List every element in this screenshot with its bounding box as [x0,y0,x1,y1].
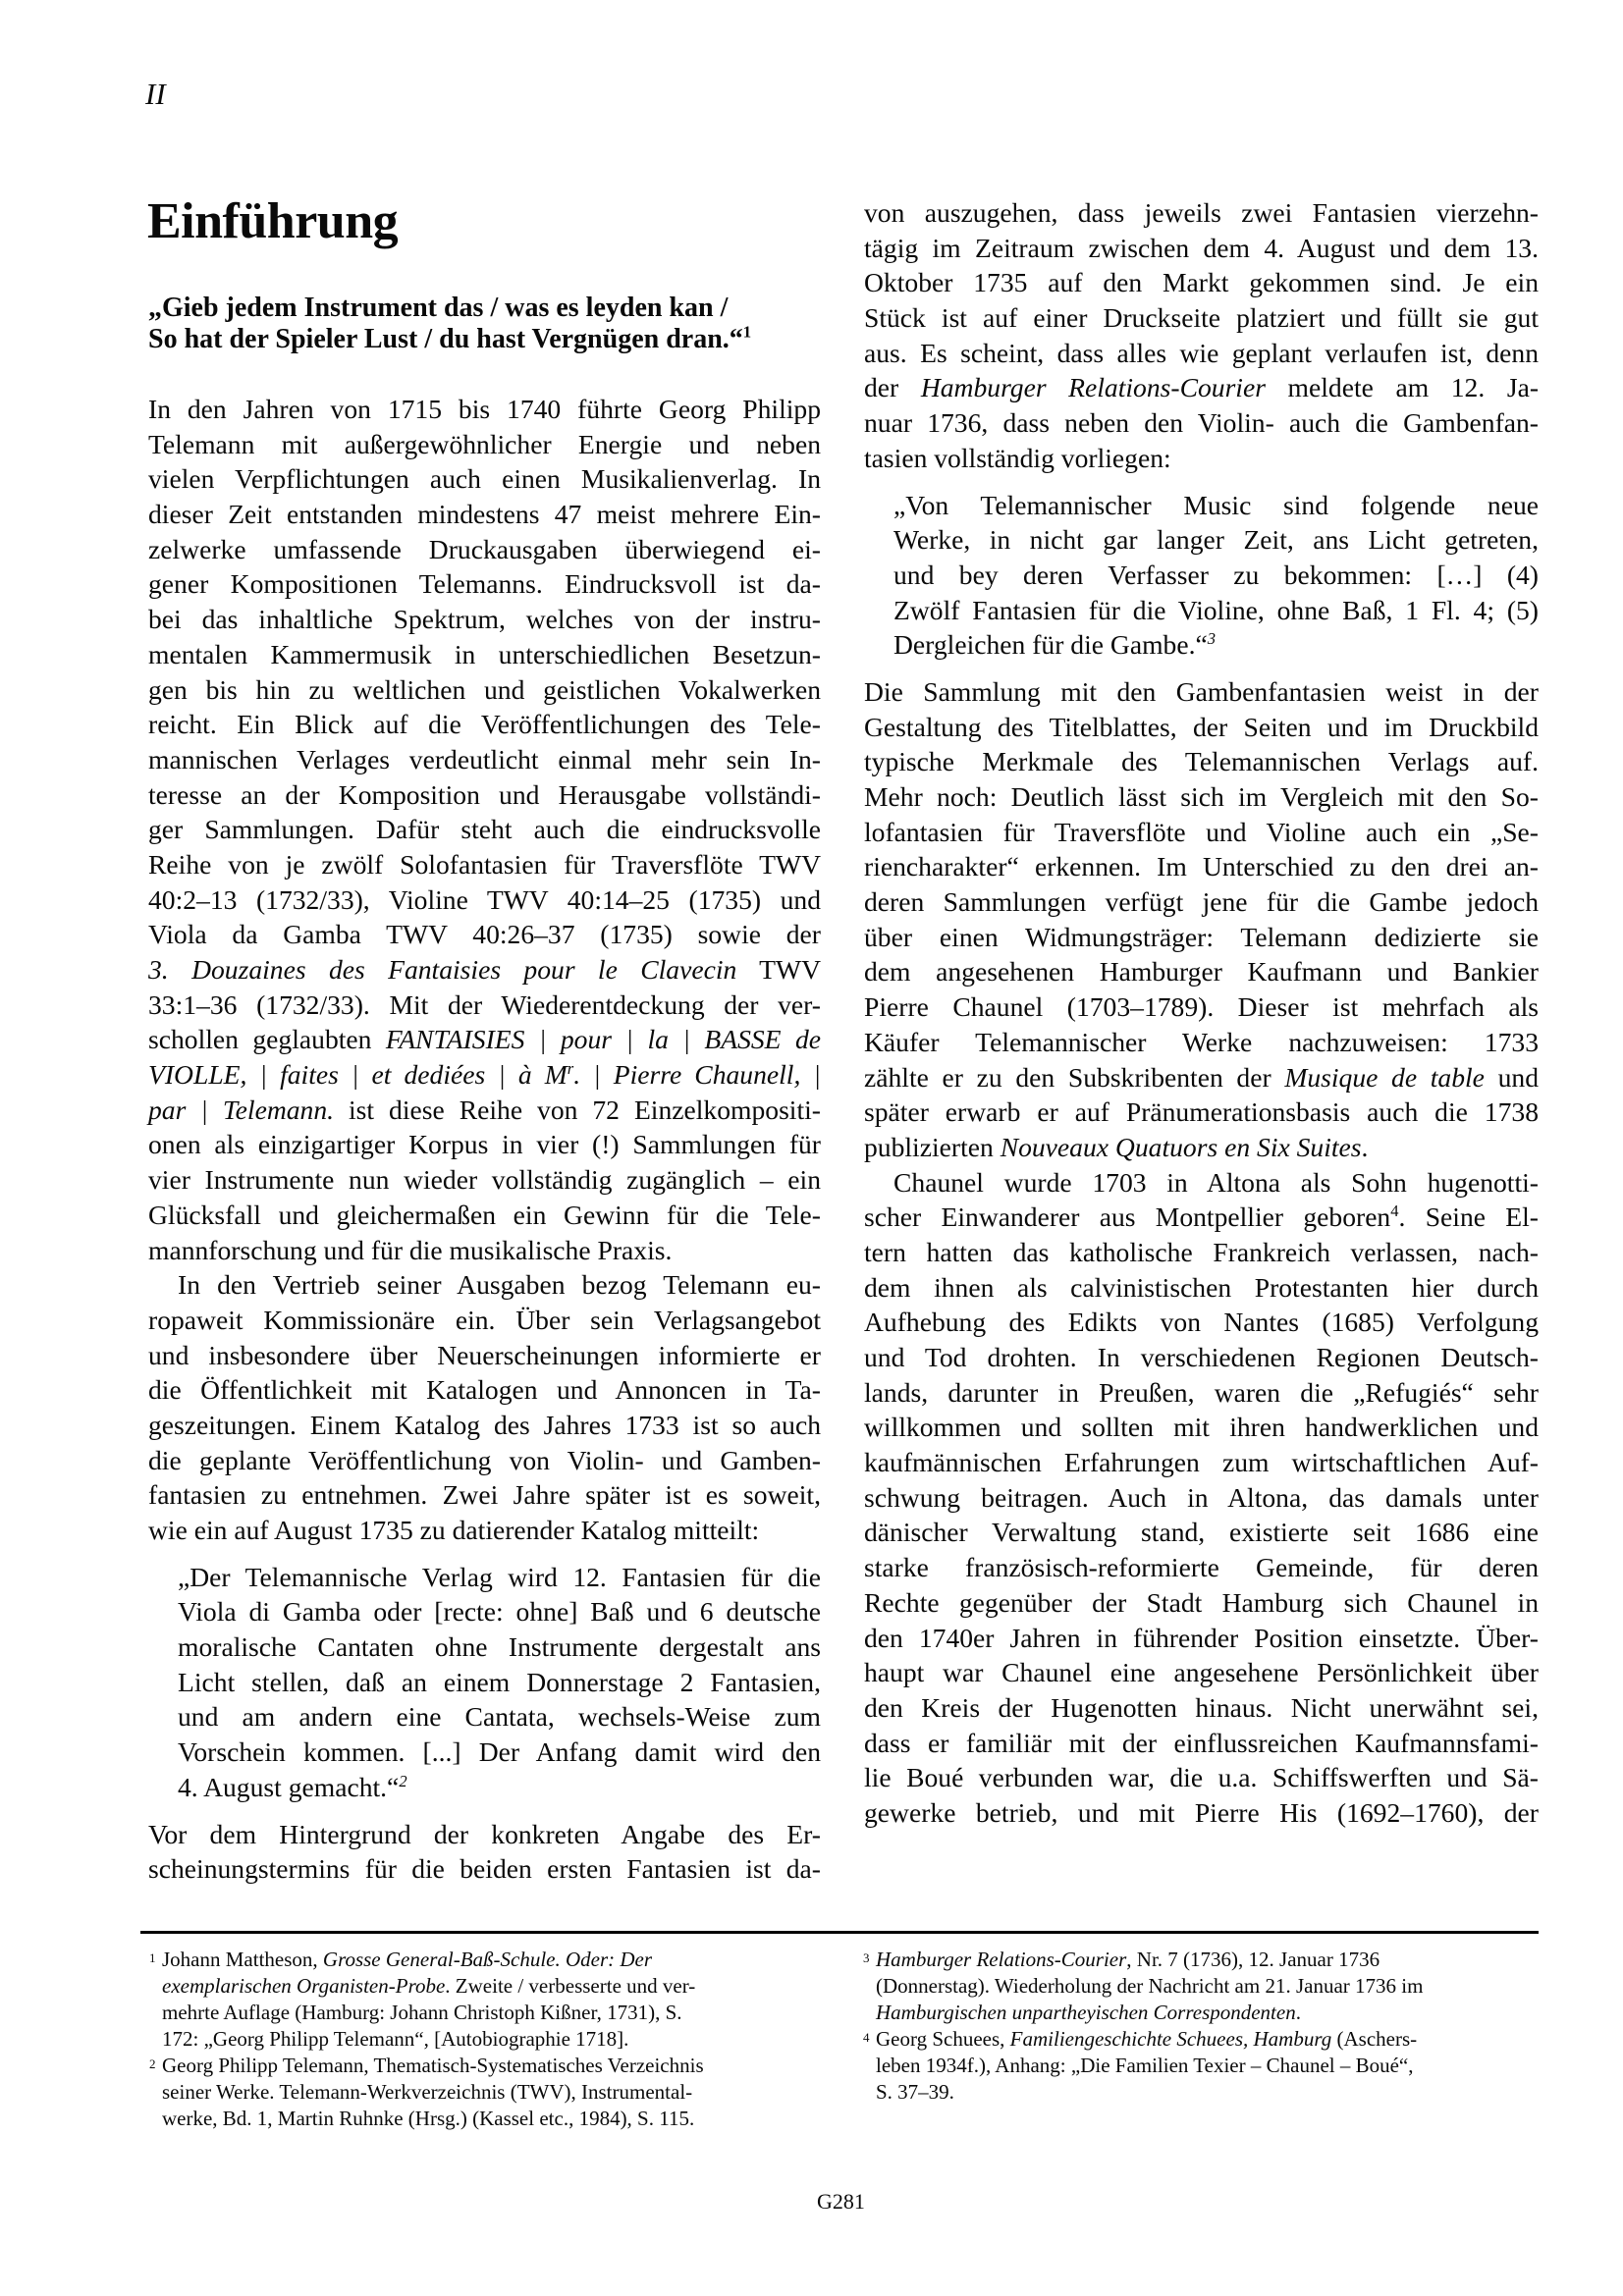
text-line: VIOLLE, | faites | et dediées | à Mr. | … [148,1057,821,1093]
text-line: aus. Es scheint, dass alles wie geplant … [864,336,1539,371]
text-line: dem angesehenen Hamburger Kaufmann und B… [864,954,1539,989]
paragraph: In den Jahren von 1715 bis 1740 führte G… [148,392,821,1267]
footnote-line: Georg Schuees, Familiengeschichte Schuee… [876,2026,1541,2053]
text-line: willkommen und sollten mit ihren handwer… [864,1410,1539,1445]
text-line: moralische Cantaten ohne Instrumente der… [178,1629,821,1665]
text-line: bei das inhaltliche Spektrum, welches vo… [148,602,821,637]
epigraph-line: So hat der Spieler Lust / du hast Vergnü… [148,324,826,355]
footnote-line: (Donnerstag). Wiederholung der Nachricht… [876,1973,1541,2000]
text-line: Zwölf Fantasien für die Violine, ohne Ba… [893,593,1539,628]
text-line: ger Sammlungen. Dafür steht auch die ein… [148,812,821,847]
text-line: nuar 1736, dass neben den Violin- auch d… [864,405,1539,441]
paragraph: In den Vertrieb seiner Ausgaben bezog Te… [148,1267,821,1548]
text-line: Vor dem Hintergrund der konkreten Angabe… [148,1817,821,1852]
footnote-reference: 2 [399,1772,406,1790]
text-line: kaufmännischen Erfahrungen zum wirtschaf… [864,1445,1539,1480]
text-line: dänischer Verwaltung stand, existierte s… [864,1515,1539,1550]
text-line: 3. Douzaines des Fantaisies pour le Clav… [148,952,821,988]
text-line: gen bis hin zu weltlichen und geistliche… [148,672,821,708]
text-line: Licht stellen, daß an einem Donnerstage … [178,1665,821,1700]
text-line: Oktober 1735 auf den Markt gekommen sind… [864,265,1539,300]
text-line: und bey deren Verfasser zu bekommen: […]… [893,558,1539,593]
footnote-number: 3 [863,1945,870,1971]
text-line: wie ein auf August 1735 zu datierender K… [148,1513,821,1548]
text-line: In den Jahren von 1715 bis 1740 führte G… [148,392,821,427]
footnote-line: mehrte Auflage (Hamburg: Johann Christop… [162,2000,827,2026]
text-line: scher Einwanderer aus Montpellier gebore… [864,1200,1539,1235]
right-column: von auszugehen, dass jeweils zwei Fantas… [864,195,1539,1831]
text-line: Gestaltung des Titelblattes, der Seiten … [864,710,1539,745]
epigraph-line: „Gieb jedem Instrument das / was es leyd… [148,293,826,324]
page-title: Einführung [147,196,398,247]
text-line: die geplante Veröffentlichung von Violin… [148,1443,821,1478]
page-marker: II [145,79,166,109]
text-line: Glücksfall und gleichermaßen ein Gewinn … [148,1198,821,1233]
text-line: In den Vertrieb seiner Ausgaben bezog Te… [148,1267,821,1303]
text-line: reicht. Ein Blick auf die Veröffentlichu… [148,707,821,742]
footnote-number: 4 [863,2024,870,2051]
text-line: fantasien zu entnehmen. Zwei Jahre späte… [148,1477,821,1513]
text-line: Werke, in nicht gar langer Zeit, ans Lic… [893,522,1539,558]
epigraph: „Gieb jedem Instrument das / was es leyd… [148,293,826,355]
text-line: später erwarb er auf Pränumerationsbasis… [864,1095,1539,1130]
text-line: gewerke betrieb, und mit Pierre His (169… [864,1795,1539,1831]
text-line: 40:2–13 (1732/33), Violine TWV 40:14–25 … [148,882,821,918]
footnote-line: S. 37–39. [876,2079,1541,2106]
text-line: Telemann mit außergewöhnlicher Energie u… [148,427,821,462]
text-line: Aufhebung des Edikts von Nantes (1685) V… [864,1305,1539,1340]
text-line: lands, darunter in Preußen, waren die „R… [864,1375,1539,1411]
text-line: ropaweit Kommissionäre ein. Über sein Ve… [148,1303,821,1338]
text-line: der Hamburger Relations-Courier meldete … [864,370,1539,405]
text-line: „Von Telemannischer Music sind folgende … [893,488,1539,523]
footnotes-left: 1Johann Mattheson, Grosse General-Baß-Sc… [149,1947,827,2132]
text-line: tägig im Zeitraum zwischen dem 4. August… [864,231,1539,266]
text-line: deren Sammlungen verfügt jene für die Ga… [864,884,1539,920]
text-line: den 1740er Jahren in führender Position … [864,1621,1539,1656]
text-line: mannforschung und für die musikalische P… [148,1233,821,1268]
paragraph: von auszugehen, dass jeweils zwei Fantas… [864,195,1539,476]
text-line: Pierre Chaunel (1703–1789). Dieser ist m… [864,989,1539,1025]
text-line: Vorschein kommen. [...] Der Anfang damit… [178,1735,821,1770]
footnote-line: seiner Werke. Telemann-Werkverzeichnis (… [162,2079,827,2106]
footnote-line: leben 1934f.), Anhang: „Die Familien Tex… [876,2053,1541,2079]
footnote-reference: 3 [1208,629,1216,648]
text-line: lofantasien für Traversflöte und Violine… [864,815,1539,850]
text-line: Rechte gegenüber der Stadt Hamburg sich … [864,1585,1539,1621]
text-line: Viola da Gamba TWV 40:26–37 (1735) sowie… [148,917,821,952]
text-line: par | Telemann. ist diese Reihe von 72 E… [148,1093,821,1128]
paragraph: Die Sammlung mit den Gambenfantasien wei… [864,674,1539,1165]
footnote-number: 2 [149,2051,156,2077]
text-line: vielen Verpflichtungen auch einen Musika… [148,461,821,497]
footnote-reference: 4 [1390,1201,1398,1220]
text-line: starke französisch-reformierte Gemeinde,… [864,1550,1539,1585]
footnote-line: 172: „Georg Philipp Telemann“, [Autobiog… [162,2026,827,2053]
text-line: Stück ist auf einer Druckseite platziert… [864,300,1539,336]
text-line: die Öffentlichkeit mit Katalogen und Ann… [148,1372,821,1408]
page-number: G281 [817,2191,865,2213]
text-line: und Tod drohten. In verschiedenen Region… [864,1340,1539,1375]
footnote: 2Georg Philipp Telemann, Thematisch-Syst… [149,2053,827,2132]
text-line: typische Merkmale des Telemannischen Ver… [864,744,1539,779]
text-line: über einen Widmungsträger: Telemann dedi… [864,920,1539,955]
text-line: lie Boué verbunden war, die u.a. Schiffs… [864,1760,1539,1795]
footnote-line: Hamburger Relations-Courier, Nr. 7 (1736… [876,1947,1541,1973]
text-line: mannischen Verlages verdeutlicht einmal … [148,742,821,777]
text-line: onen als einzigartiger Korpus in vier (!… [148,1127,821,1162]
text-line: „Der Telemannische Verlag wird 12. Fanta… [178,1560,821,1595]
text-line: geszeitungen. Einem Katalog des Jahres 1… [148,1408,821,1443]
text-line: den Kreis der Hugenotten hinaus. Nicht u… [864,1690,1539,1726]
text-line: tern hatten das katholische Frankreich v… [864,1235,1539,1270]
block-quote: „Von Telemannischer Music sind folgende … [864,488,1539,663]
footnote-line: exemplarischen Organisten-Probe. Zweite … [162,1973,827,2000]
footnote: 3Hamburger Relations-Courier, Nr. 7 (173… [863,1947,1541,2026]
left-column: In den Jahren von 1715 bis 1740 führte G… [148,392,821,1887]
text-line: und am andern eine Cantata, wechsels-Wei… [178,1699,821,1735]
footnote-line: Georg Philipp Telemann, Thematisch-Syste… [162,2053,827,2079]
text-line: riencharakter“ erkennen. Im Unterschied … [864,849,1539,884]
paragraph: Vor dem Hintergrund der konkreten Angabe… [148,1817,821,1887]
text-line: dass er familiär mit der einflussreichen… [864,1726,1539,1761]
footnotes-right: 3Hamburger Relations-Courier, Nr. 7 (173… [863,1947,1541,2106]
text-line: dem ihnen als calvinistischen Protestant… [864,1270,1539,1306]
footnote-reference: 1 [743,323,751,342]
footnote: 1Johann Mattheson, Grosse General-Baß-Sc… [149,1947,827,2053]
text-line: gener Kompositionen Telemanns. Eindrucks… [148,566,821,602]
footnote: 4Georg Schuees, Familiengeschichte Schue… [863,2026,1541,2106]
text-line: schwung beitragen. Auch in Altona, das d… [864,1480,1539,1516]
text-line: 33:1–36 (1732/33). Mit der Wiederentdeck… [148,988,821,1023]
text-line: vier Instrumente nun wieder vollständig … [148,1162,821,1198]
text-line: haupt war Chaunel eine angesehene Persön… [864,1655,1539,1690]
text-line: zelwerke umfassende Druckausgaben überwi… [148,532,821,567]
text-line: von auszugehen, dass jeweils zwei Fantas… [864,195,1539,231]
paragraph: Chaunel wurde 1703 in Altona als Sohn hu… [864,1165,1539,1831]
footnote-line: Johann Mattheson, Grosse General-Baß-Sch… [162,1947,827,1973]
text-line: zählte er zu den Subskribenten der Musiq… [864,1060,1539,1095]
text-line: dieser Zeit entstanden mindestens 47 mei… [148,497,821,532]
text-line: 4. August gemacht.“2 [178,1770,821,1805]
text-line: Mehr noch: Deutlich lässt sich im Vergle… [864,779,1539,815]
text-line: Dergleichen für die Gambe.“3 [893,627,1539,663]
footnote-line: werke, Bd. 1, Martin Ruhnke (Hrsg.) (Kas… [162,2106,827,2132]
text-line: und insbesondere über Neuerscheinungen i… [148,1338,821,1373]
text-line: Käufer Telemannischer Werke nachzuweisen… [864,1025,1539,1060]
footnote-separator [140,1931,1539,1934]
text-line: scheinungstermins für die beiden ersten … [148,1851,821,1887]
block-quote: „Der Telemannische Verlag wird 12. Fanta… [148,1560,821,1805]
footnote-line: Hamburgischen unpartheyischen Correspond… [876,2000,1541,2026]
text-line: tasien vollständig vorliegen: [864,441,1539,476]
text-line: mentalen Kammermusik in unterschiedliche… [148,637,821,672]
footnote-number: 1 [149,1945,156,1971]
text-line: teresse an der Komposition und Herausgab… [148,777,821,813]
text-line: Die Sammlung mit den Gambenfantasien wei… [864,674,1539,710]
text-line: schollen geglaubten FANTAISIES | pour | … [148,1022,821,1057]
text-line: Chaunel wurde 1703 in Altona als Sohn hu… [864,1165,1539,1201]
text-line: Reihe von je zwölf Solofantasien für Tra… [148,847,821,882]
text-line: Viola di Gamba oder [recte: ohne] Baß un… [178,1594,821,1629]
text-line: publizierten Nouveaux Quatuors en Six Su… [864,1130,1539,1165]
